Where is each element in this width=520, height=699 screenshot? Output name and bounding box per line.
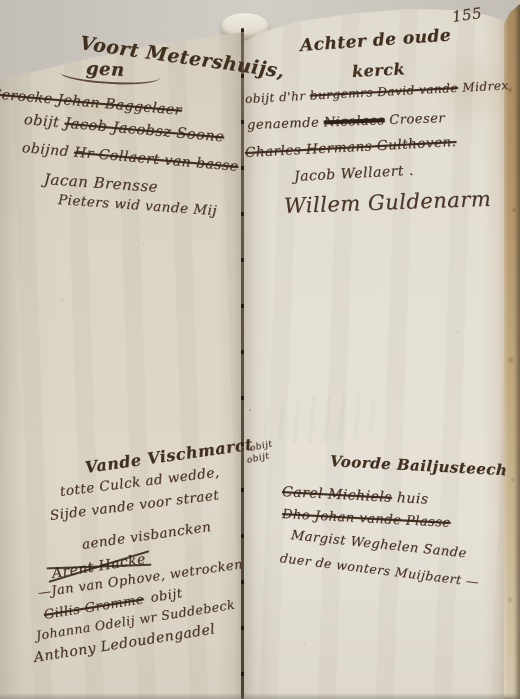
manuscript-photo: 155 Voort Metershuijs, gen Gerocke Jehan… [0,0,520,699]
heading-text: kerck [352,59,406,81]
obijt-note: obijt [23,112,65,131]
book-gutter [241,28,244,699]
name-text: Croeser [384,111,445,128]
right-top-heading-line2: kerck [352,59,406,81]
right-page [244,0,508,699]
name-text: genaemde [247,115,324,133]
table-edge-shadow [0,693,520,699]
crossed-out-name: Nicolaes [324,113,385,130]
name-text: huis [391,490,428,508]
page-edges [504,0,520,699]
name-text: Midrex [458,78,509,95]
